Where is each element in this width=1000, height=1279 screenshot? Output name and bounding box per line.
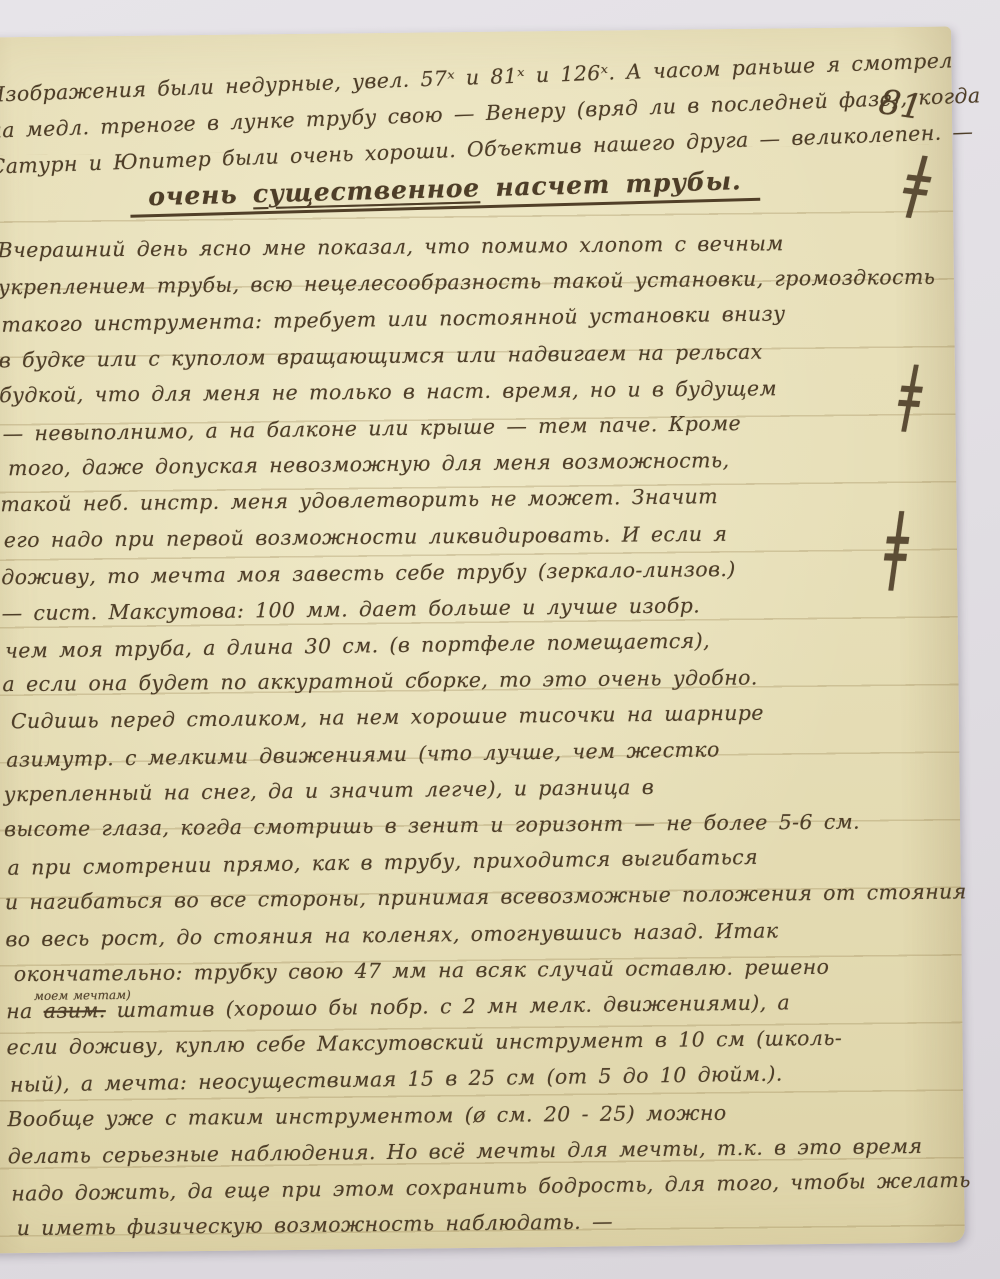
- heading-text: насчет трубы.: [480, 166, 742, 202]
- body-line: Вообще уже с таким инструментом (ø см. 2…: [7, 1092, 937, 1136]
- manuscript-paper: 81 Изображения были недурные, увел. 57ˣ …: [0, 26, 965, 1253]
- interline-insertion: моем мечтам): [34, 977, 131, 1014]
- heading-emphasized-word: существенное: [253, 173, 481, 208]
- heading-text: очень: [148, 179, 253, 211]
- scanned-manuscript-page: { "document": { "page_number": "81", "in…: [0, 0, 1000, 1279]
- body-line: его надо при первой возможности ликвидир…: [4, 513, 931, 557]
- intro-paragraph: Изображения были недурные, увел. 57ˣ и 8…: [0, 44, 920, 185]
- body-line-text: штатив (хорошо бы побр. с 2 мн мелк. дви…: [106, 990, 791, 1022]
- handwritten-content: 81 Изображения были недурные, увел. 57ˣ …: [0, 26, 965, 1253]
- body-paragraph: Вчерашний день ясно мне показал, что пом…: [0, 223, 939, 1247]
- margin-emphasis-mark: ǂ: [897, 356, 923, 429]
- margin-emphasis-mark: ǂ: [901, 147, 933, 217]
- margin-emphasis-mark: ǂ: [884, 501, 909, 587]
